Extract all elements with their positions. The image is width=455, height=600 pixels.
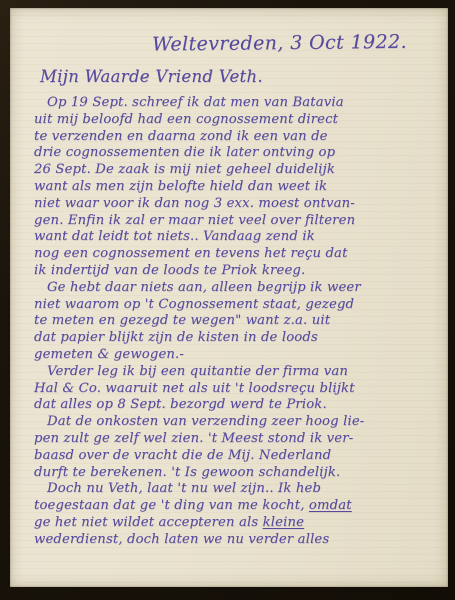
letter-salutation: Mijn Waarde Vriend Veth. xyxy=(40,67,448,86)
letter-line: uit mij beloofd had een cognossement dir… xyxy=(34,112,448,129)
underlined-word: kleine xyxy=(263,515,304,530)
letter-line: dat papier blijkt zijn de kisten in de l… xyxy=(34,330,448,347)
letter-line: nog een cognossement en tevens het reçu … xyxy=(34,246,448,263)
letter-line: want als men zijn belofte hield dan weet… xyxy=(34,179,448,196)
letter-line: Hal & Co. waaruit net als uit 't loodsre… xyxy=(34,381,448,398)
underlined-word: omdat xyxy=(309,498,352,513)
letter-line: ik indertijd van de loods te Priok kreeg… xyxy=(34,263,448,280)
letter-page: Weltevreden, 3 Oct 1922. Mijn Waarde Vri… xyxy=(10,8,448,587)
letter-line: baasd over de vracht die de Mij. Nederla… xyxy=(34,448,448,465)
letter-line: 26 Sept. De zaak is mij niet geheel duid… xyxy=(34,162,448,179)
letter-body: Op 19 Sept. schreef ik dat men van Batav… xyxy=(34,95,448,549)
letter-line: gemeten & gewogen.- xyxy=(34,347,448,364)
letter-line: niet waarom op 't Cognossement staat, ge… xyxy=(34,297,448,314)
letter-line: durft te berekenen. 't Is gewoon schande… xyxy=(34,465,448,482)
letter-line: te meten en gezegd te wegen" want z.a. u… xyxy=(34,313,448,330)
letter-line: Verder leg ik bij een quitantie der firm… xyxy=(34,364,448,381)
letter-photo: Weltevreden, 3 Oct 1922. Mijn Waarde Vri… xyxy=(0,0,455,600)
letter-line: toegestaan dat ge 't ding van me kocht, … xyxy=(34,498,448,515)
letter-line: Op 19 Sept. schreef ik dat men van Batav… xyxy=(34,95,448,112)
letter-dateline: Weltevreden, 3 Oct 1922. xyxy=(152,30,440,55)
letter-line: Ge hebt daar niets aan, alleen begrijp i… xyxy=(34,280,448,297)
letter-line: pen zult ge zelf wel zien. 't Meest ston… xyxy=(34,431,448,448)
letter-line: Dat de onkosten van verzending zeer hoog… xyxy=(34,414,448,431)
letter-line: te verzenden en daarna zond ik een van d… xyxy=(34,129,448,146)
letter-line: gen. Enfin ik zal er maar niet veel over… xyxy=(34,213,448,230)
letter-line: drie cognossementen die ik later ontving… xyxy=(34,145,448,162)
letter-line: dat alles op 8 Sept. bezorgd werd te Pri… xyxy=(34,397,448,414)
letter-line: ge het niet wildet accepteren als kleine xyxy=(34,515,448,532)
letter-line: Doch nu Veth, laat 't nu wel zijn.. Ik h… xyxy=(34,481,448,498)
letter-line: want dat leidt tot niets.. Vandaag zend … xyxy=(34,229,448,246)
letter-line: wederdienst, doch laten we nu verder all… xyxy=(34,532,448,549)
letter-line: niet waar voor ik dan nog 3 exx. moest o… xyxy=(34,196,448,213)
